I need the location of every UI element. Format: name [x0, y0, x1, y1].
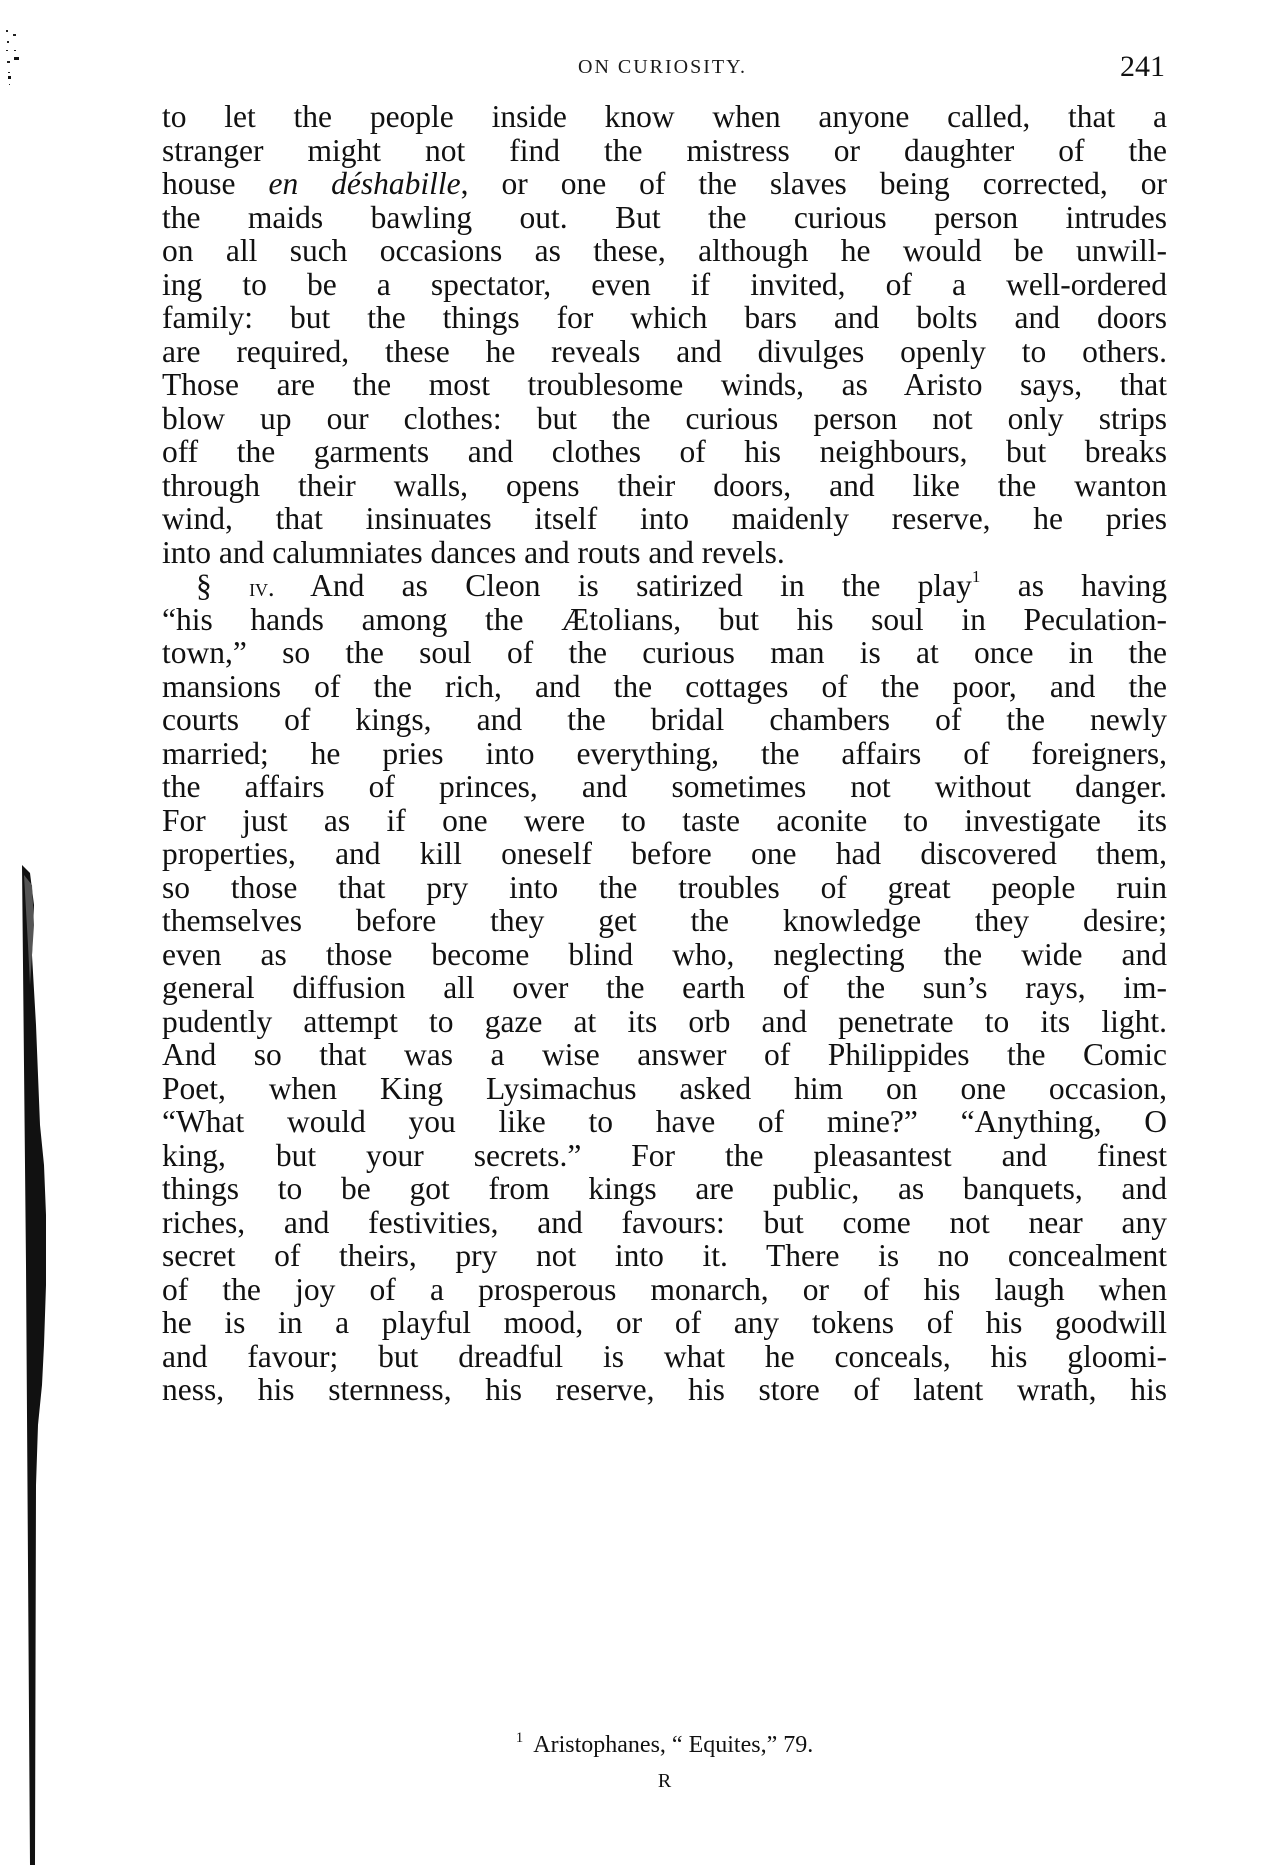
text-line: pudently attempt to gaze at its orb and …	[162, 1005, 1167, 1039]
text-line: Those are the most troublesome winds, as…	[162, 368, 1167, 402]
text-line: married; he pries into everything, the a…	[162, 737, 1167, 771]
section-mark: §	[196, 568, 249, 603]
text-line: to let the people inside know when anyon…	[162, 100, 1167, 134]
text-line: into and calumniates dances and routs an…	[162, 536, 1167, 570]
text-fragment: , or one of the slaves being corrected, …	[461, 166, 1167, 201]
running-head: ON CURIOSITY. 241	[160, 50, 1165, 90]
text-line: mansions of the rich, and the cottages o…	[162, 670, 1167, 704]
binding-shadow-decoration	[20, 865, 50, 1865]
text-line: are required, these he reveals and divul…	[162, 335, 1167, 369]
text-line: off the garments and clothes of his neig…	[162, 435, 1167, 469]
text-line: wind, that insinuates itself into maiden…	[162, 502, 1167, 536]
text-line: stranger might not find the mistress or …	[162, 134, 1167, 168]
text-line: riches, and festivities, and favours: bu…	[162, 1206, 1167, 1240]
body-text: to let the people inside know when anyon…	[162, 100, 1167, 1407]
running-title: ON CURIOSITY.	[160, 56, 1165, 79]
section-number: iv.	[249, 573, 275, 602]
text-line: “his hands among the Ætolians, but his s…	[162, 603, 1167, 637]
text-line: king, but your secrets.” For the pleasan…	[162, 1139, 1167, 1173]
text-line: Poet, when King Lysimachus asked him on …	[162, 1072, 1167, 1106]
scan-specks-decoration	[0, 0, 50, 90]
text-line: through their walls, opens their doors, …	[162, 469, 1167, 503]
text-line: ness, his sternness, his reserve, his st…	[162, 1373, 1167, 1407]
footnote: 1Aristophanes, “ Equites,” 79.	[162, 1730, 1167, 1759]
book-page: ON CURIOSITY. 241 to let the people insi…	[0, 0, 1280, 1865]
text-line: courts of kings, and the bridal chambers…	[162, 703, 1167, 737]
text-line: ing to be a spectator, even if invited, …	[162, 268, 1167, 302]
text-line: themselves before they get the knowledge…	[162, 904, 1167, 938]
text-line: properties, and kill oneself before one …	[162, 837, 1167, 871]
text-line: so those that pry into the troubles of g…	[162, 871, 1167, 905]
text-line: general diffusion all over the earth of …	[162, 971, 1167, 1005]
page-number: 241	[1120, 50, 1165, 84]
text-line: And so that was a wise answer of Philipp…	[162, 1038, 1167, 1072]
footnote-marker: 1	[516, 1730, 524, 1746]
text-line: family: but the things for which bars an…	[162, 301, 1167, 335]
text-fragment: And as Cleon is satirized in the play	[275, 568, 972, 603]
text-line: the affairs of princes, and sometimes no…	[162, 770, 1167, 804]
text-line: town,” so the soul of the curious man is…	[162, 636, 1167, 670]
text-fragment: as having	[980, 568, 1167, 603]
text-line: he is in a playful mood, or of any token…	[162, 1306, 1167, 1340]
text-line: blow up our clothes: but the curious per…	[162, 402, 1167, 436]
signature-mark: R	[162, 1770, 1167, 1793]
text-line: things to be got from kings are public, …	[162, 1172, 1167, 1206]
text-line: the maids bawling out. But the curious p…	[162, 201, 1167, 235]
section-start-line: § iv. And as Cleon is satirized in the p…	[162, 569, 1167, 603]
text-line: of the joy of a prosperous monarch, or o…	[162, 1273, 1167, 1307]
footnote-text: Aristophanes, “ Equites,” 79.	[533, 1732, 813, 1758]
text-line: on all such occasions as these, although…	[162, 234, 1167, 268]
text-line: house en déshabille, or one of the slave…	[162, 167, 1167, 201]
text-line: For just as if one were to taste aconite…	[162, 804, 1167, 838]
text-line: “What would you like to have of mine?” “…	[162, 1105, 1167, 1139]
text-line: even as those become blind who, neglecti…	[162, 938, 1167, 972]
text-line: secret of theirs, pry not into it. There…	[162, 1239, 1167, 1273]
text-line: and favour; but dreadful is what he conc…	[162, 1340, 1167, 1374]
italic-phrase: en déshabille	[268, 166, 460, 201]
text-fragment: house	[162, 166, 268, 201]
